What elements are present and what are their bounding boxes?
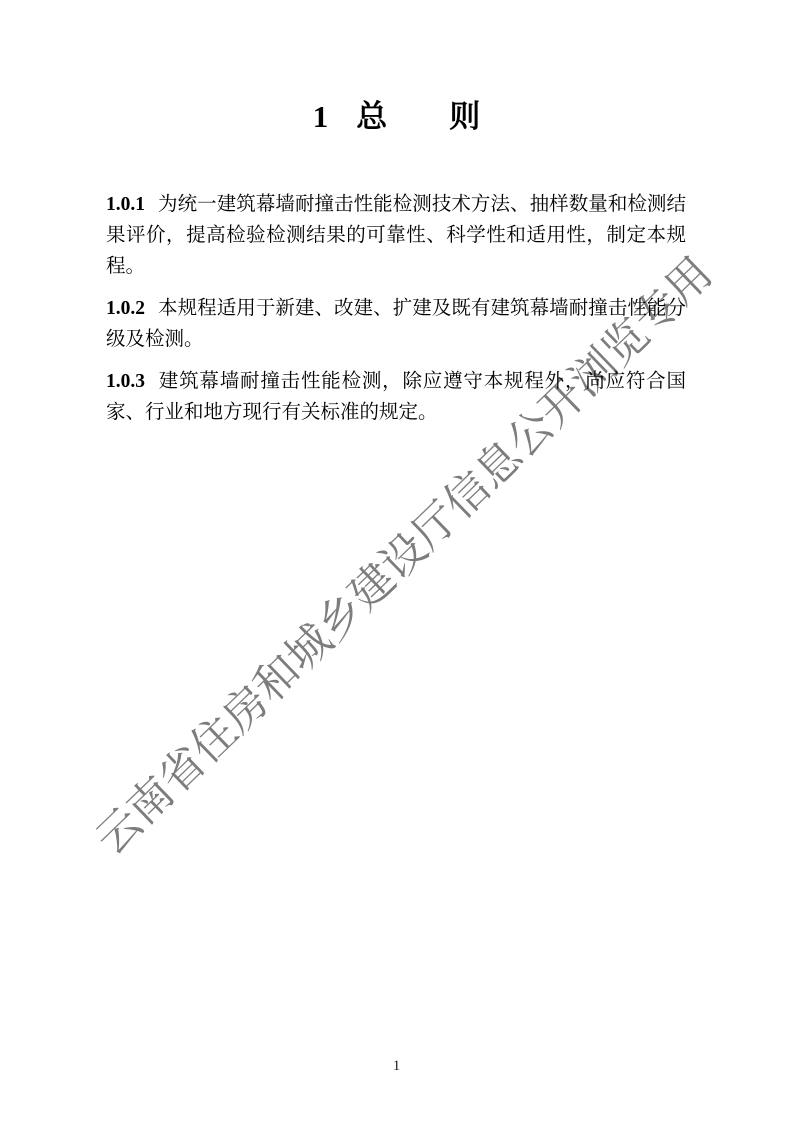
chapter-title-text: 总 则 xyxy=(356,99,480,134)
page-content: 1总 则 1.0.1为统一建筑幕墙耐撞击性能检测技术方法、抽样数量和检测结果评价… xyxy=(0,0,793,428)
clause-text: 本规程适用于新建、改建、扩建及既有建筑幕墙耐撞击性能分级及检测。 xyxy=(106,298,686,350)
clause-number: 1.0.2 xyxy=(106,298,145,319)
clause-1-0-1: 1.0.1为统一建筑幕墙耐撞击性能检测技术方法、抽样数量和检测结果评价，提高检验… xyxy=(106,189,686,282)
clause-text: 建筑幕墙耐撞击性能检测，除应遵守本规程外，尚应符合国家、行业和地方现行有关标准的… xyxy=(106,371,686,423)
chapter-title: 1总 则 xyxy=(0,0,793,135)
clause-1-0-3: 1.0.3建筑幕墙耐撞击性能检测，除应遵守本规程外，尚应符合国家、行业和地方现行… xyxy=(106,366,686,428)
clause-1-0-2: 1.0.2本规程适用于新建、改建、扩建及既有建筑幕墙耐撞击性能分级及检测。 xyxy=(106,293,686,355)
chapter-number: 1 xyxy=(313,99,329,134)
clause-number: 1.0.3 xyxy=(106,371,145,392)
page-number: 1 xyxy=(0,1056,793,1076)
clause-text: 为统一建筑幕墙耐撞击性能检测技术方法、抽样数量和检测结果评价，提高检验检测结果的… xyxy=(106,194,686,277)
clauses-section: 1.0.1为统一建筑幕墙耐撞击性能检测技术方法、抽样数量和检测结果评价，提高检验… xyxy=(106,189,686,428)
clause-number: 1.0.1 xyxy=(106,194,145,215)
document-page: 云南省住房和城乡建设厅信息公开浏览专用 1总 则 1.0.1为统一建筑幕墙耐撞击… xyxy=(0,0,793,1122)
